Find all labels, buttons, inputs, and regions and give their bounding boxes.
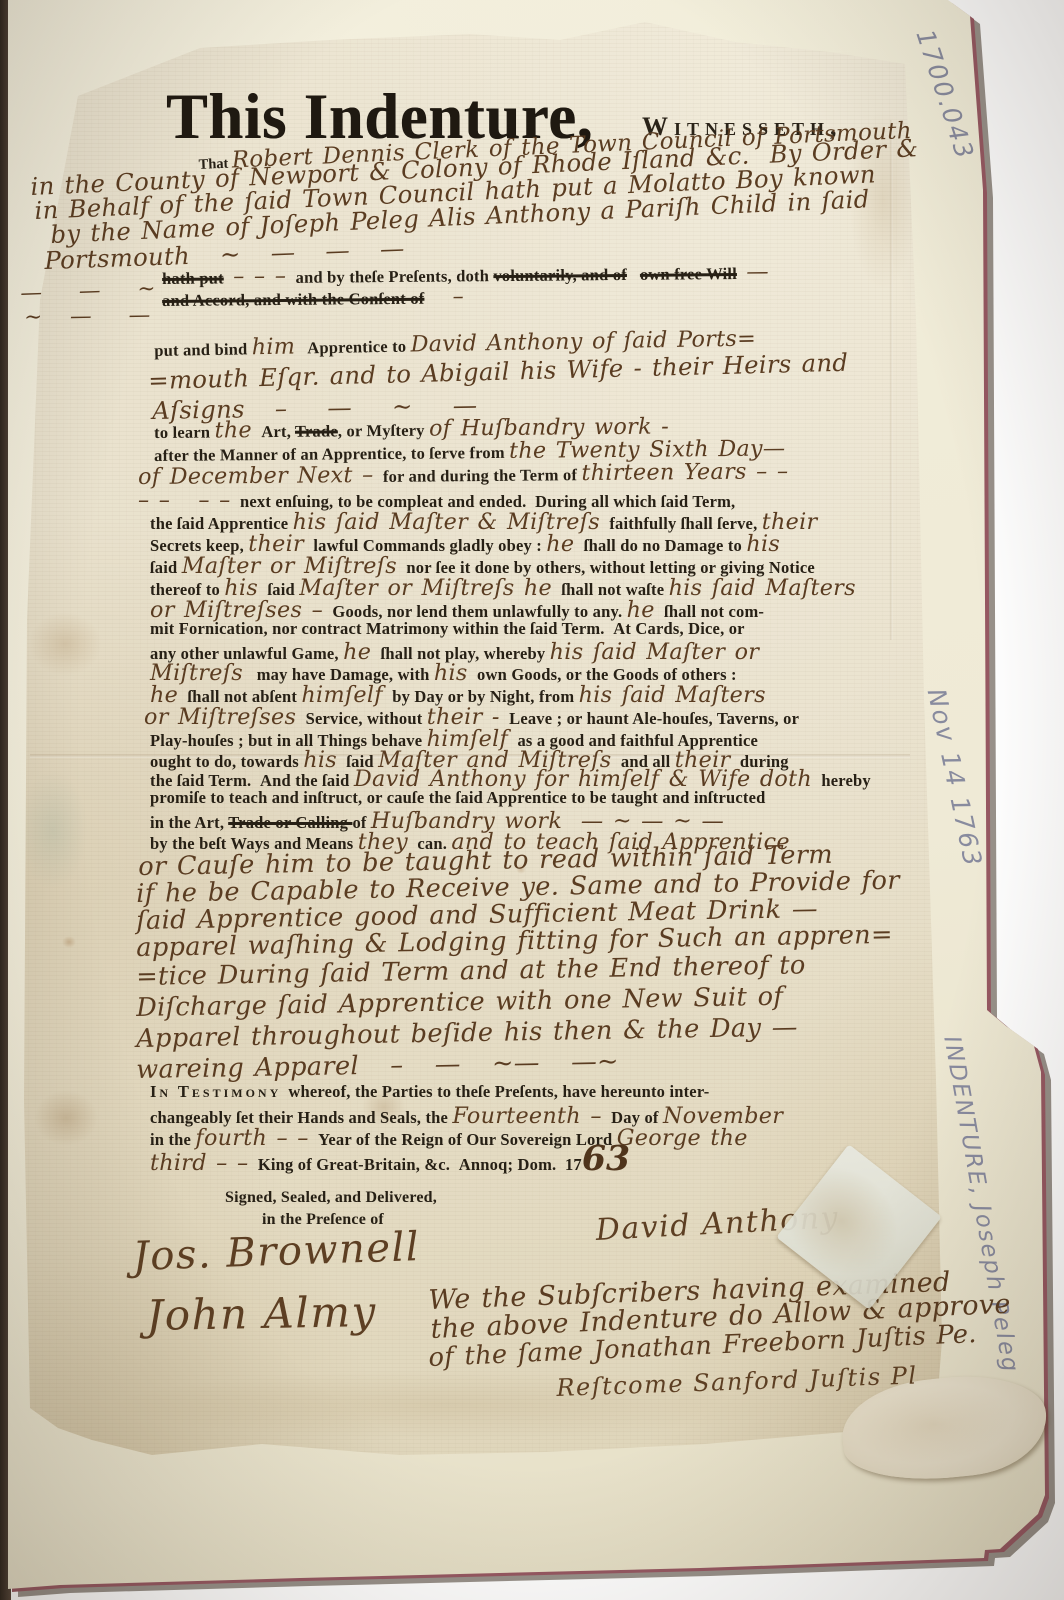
document-line: — — ~ [20,278,156,305]
document-line: Signed, Sealed, and Delivered, [225,1190,437,1207]
document-line: Reſtcome Sanford Juſtis Pl [556,1363,918,1402]
photo-of-indenture-document: { "photo": { "archive_number": "1700.043… [0,0,1064,1600]
text-segment: his [434,660,477,686]
text-segment: himſelf [301,682,392,708]
document-line: ~ — — [24,305,151,330]
text-segment: George the [617,1125,748,1151]
text-segment: in the Art, [150,813,228,832]
text-segment: for and during the Term of [383,465,582,486]
document-line: of December Next – for and during the Te… [138,460,788,489]
document-line: wareing Apparel – — ~— —~ [136,1049,619,1084]
text-segment: Signed, Sealed, and Delivered, [225,1189,437,1206]
text-segment: Service, without [306,709,427,728]
text-segment: In Testimony [150,1082,288,1101]
text-segment: Trade [295,421,338,440]
document-line: promiſe to teach and inſtruct, or cauſe … [150,789,766,806]
text-segment: promiſe to teach and inſtruct, or cauſe … [150,788,766,807]
text-segment: own free Will [640,264,737,284]
text-segment: him [251,334,295,361]
text-segment: and Accord, and with the Conſent of [162,289,424,310]
text-segment: voluntarily, and of [493,265,627,285]
text-segment: ſaid [150,558,182,577]
text-segment: his ſaid Maſters [579,682,766,708]
text-segment: King of Great-Britain, &c. Annoq; Dom. 1… [258,1155,582,1174]
text-segment: Art, [261,422,295,441]
text-segment: put and bind [154,339,252,360]
text-segment: the [214,417,261,443]
text-segment: to learn [154,422,215,442]
text-segment: ſhall do no Damage to [584,536,747,555]
text-segment: – – – – [138,487,240,513]
text-segment: third – – [150,1150,258,1176]
text-segment: whereof, the Parties to theſe Preſents, … [288,1082,709,1101]
document-line: mit Fornication, nor contract Matrimony … [150,620,745,637]
document-text-layer: That Robert Dennis Clerk of the Town Cou… [0,0,1064,1600]
text-segment: or Miſtreſses [144,704,306,730]
text-segment: he [546,531,584,557]
text-segment: Fourteenth – [452,1103,611,1129]
text-segment: in the [150,1130,195,1149]
text-segment: — [737,259,769,285]
text-segment: faithfully ſhall ſerve, [609,514,761,533]
text-segment [627,265,640,284]
text-segment: hath put [162,268,224,288]
text-segment: , or Myſtery [338,421,429,441]
text-segment: Year of the Reign of Our Sovereign Lord [318,1130,617,1149]
document-line: third – – King of Great-Britain, &c. Ann… [150,1149,630,1175]
document-line: John Almy [146,1290,377,1339]
text-segment: Trade or Calling [228,813,352,832]
text-segment: – – – [224,263,296,290]
text-segment: his [746,531,780,557]
text-segment: 63 [582,1138,630,1179]
text-segment: ~ — — [24,303,151,330]
text-segment: of December Next – [138,462,383,490]
text-segment: Jos. Brownell [132,1224,421,1280]
document-line: hath put – – – and by theſe Preſents, do… [162,261,769,290]
text-segment: John Almy [146,1287,377,1340]
text-segment: Reſtcome Sanford Juſtis Pl [556,1361,918,1402]
text-segment: mit Fornication, nor contract Matrimony … [150,619,745,638]
document-line: in the fourth – – Year of the Reign of O… [150,1127,748,1150]
text-segment: thirteen Years – – [581,458,788,486]
text-segment: Leave ; or haunt Ale-houſes, Taverns, or [509,709,799,728]
document-line: and Accord, and with the Conſent of – [162,285,464,311]
text-segment: — — ~ [20,276,156,306]
document-line: In Testimony whereof, the Parties to the… [150,1083,709,1100]
text-segment: hereby [821,771,870,790]
text-segment: Maſter or Miſtreſs he [299,575,561,601]
text-segment: Apprentice to [295,337,411,358]
text-segment: his ſaid Maſters [669,575,856,601]
document-line: Jos. Brownell [132,1226,421,1278]
text-segment: fourth – – [195,1125,318,1151]
text-segment: – [424,283,464,309]
